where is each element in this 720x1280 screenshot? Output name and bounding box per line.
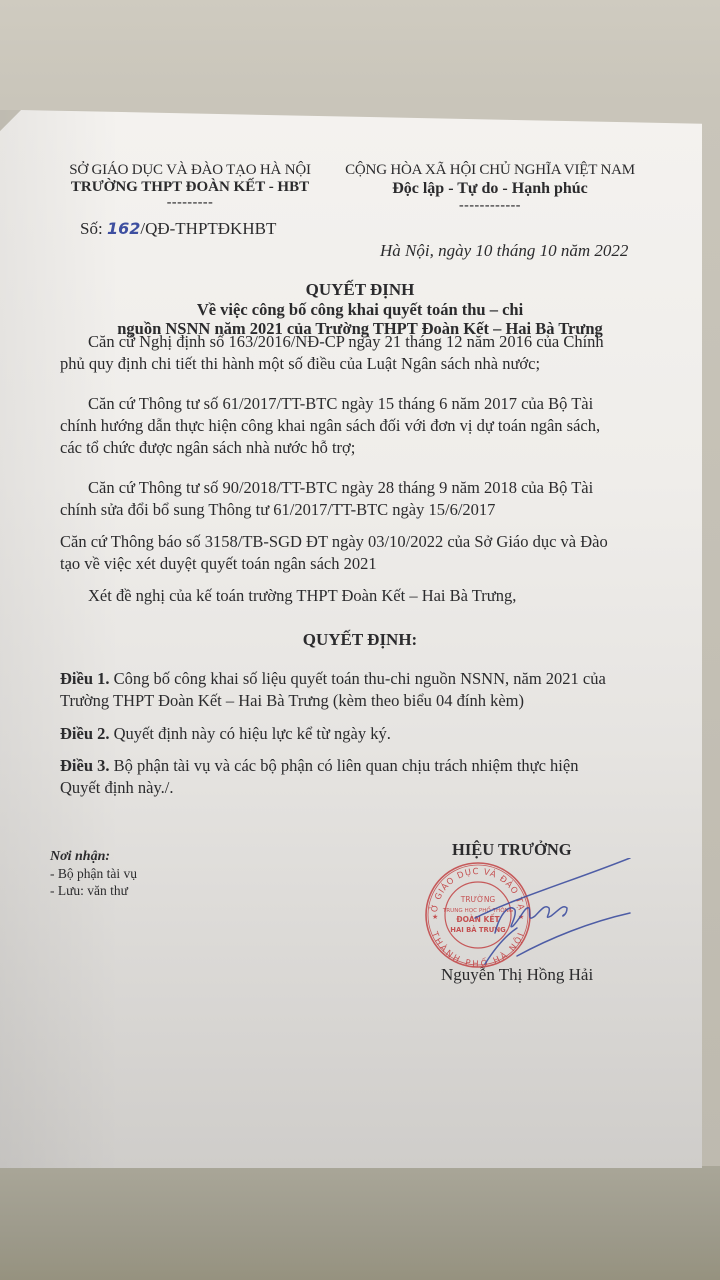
paragraph-line: Căn cứ Thông tư số 61/2017/TT-BTC ngày 1…	[60, 393, 670, 415]
national-motto: Độc lập - Tự do - Hạnh phúc	[330, 179, 650, 199]
article-text: Quyết định này./.	[60, 777, 670, 799]
article-label: Điều 1.	[60, 669, 110, 688]
header-separator: ---------	[40, 196, 340, 210]
place-date: Hà Nội, ngày 10 tháng 10 năm 2022	[380, 241, 628, 261]
paragraph-line: Căn cứ Thông tư số 90/2018/TT-BTC ngày 2…	[60, 477, 670, 499]
article-2: Điều 2. Quyết định này có hiệu lực kể từ…	[60, 723, 670, 745]
document-title: QUYẾT ĐỊNH Về việc công bố công khai quy…	[60, 280, 660, 338]
title-heading: QUYẾT ĐỊNH	[60, 280, 660, 300]
signer-title: HIỆU TRƯỞNG	[452, 840, 572, 860]
header-separator: ------------	[330, 199, 650, 213]
paragraph-line: phủ quy định chi tiết thi hành một số đi…	[60, 353, 670, 375]
handwritten-signature	[455, 858, 635, 968]
recipients-title: Nơi nhận:	[50, 848, 137, 865]
preamble-paragraph: Căn cứ Thông tư số 61/2017/TT-BTC ngày 1…	[60, 393, 670, 459]
paragraph-line: Căn cứ Thông báo số 3158/TB-SGD ĐT ngày …	[60, 531, 670, 553]
school-name: TRƯỜNG THPT ĐOÀN KẾT - HBT	[40, 179, 340, 196]
background-surface	[0, 1166, 720, 1280]
paragraph-line: các tổ chức được ngân sách nhà nước hỗ t…	[60, 437, 670, 459]
header-nation: CỘNG HÒA XÃ HỘI CHỦ NGHĨA VIỆT NAM Độc l…	[330, 162, 650, 213]
svg-text:★: ★	[432, 913, 438, 921]
paragraph-line: chính sửa đổi bổ sung Thông tư 61/2017/T…	[60, 499, 670, 521]
recipients-block: Nơi nhận: - Bộ phận tài vụ - Lưu: văn th…	[50, 848, 137, 899]
document-number: Số: 162/QĐ-THPTĐKHBT	[80, 219, 276, 239]
signer-name: Nguyễn Thị Hồng Hải	[441, 965, 593, 985]
preamble-paragraph: Căn cứ Thông tư số 90/2018/TT-BTC ngày 2…	[60, 477, 670, 521]
paragraph-line: chính hướng dẫn thực hiện công khai ngân…	[60, 415, 670, 437]
document-number-suffix: /QĐ-THPTĐKHBT	[140, 219, 276, 238]
article-label: Điều 2.	[60, 724, 110, 743]
document-number-prefix: Số:	[80, 219, 107, 238]
nation-name: CỘNG HÒA XÃ HỘI CHỦ NGHĨA VIỆT NAM	[330, 162, 650, 179]
title-subject-line: Về việc công bố công khai quyết toán thu…	[60, 300, 660, 319]
article-3: Điều 3. Bộ phận tài vụ và các bộ phận có…	[60, 755, 670, 799]
preamble-paragraph: Căn cứ Thông báo số 3158/TB-SGD ĐT ngày …	[60, 531, 670, 575]
department-name: SỞ GIÁO DỤC VÀ ĐÀO TẠO HÀ NỘI	[40, 162, 340, 179]
paragraph-line: Xét đề nghị của kế toán trường THPT Đoàn…	[60, 585, 670, 607]
article-label: Điều 3.	[60, 756, 110, 775]
header-issuer: SỞ GIÁO DỤC VÀ ĐÀO TẠO HÀ NỘI TRƯỜNG THP…	[40, 162, 340, 210]
preamble-paragraph: Căn cứ Nghị định số 163/2016/NĐ-CP ngày …	[60, 331, 670, 375]
handwritten-number: 162	[107, 219, 140, 238]
preamble-paragraph: Xét đề nghị của kế toán trường THPT Đoàn…	[60, 585, 670, 607]
recipient-item: - Lưu: văn thư	[50, 882, 137, 899]
paragraph-line: tạo về việc xét duyệt quyết toán ngân sá…	[60, 553, 670, 575]
recipient-item: - Bộ phận tài vụ	[50, 865, 137, 882]
decision-heading: QUYẾT ĐỊNH:	[60, 630, 660, 650]
article-text: Trường THPT Đoàn Kết – Hai Bà Trưng (kèm…	[60, 690, 670, 712]
article-text: Quyết định này có hiệu lực kể từ ngày ký…	[110, 724, 391, 743]
article-text: Công bố công khai số liệu quyết toán thu…	[110, 669, 606, 688]
paragraph-line: Căn cứ Nghị định số 163/2016/NĐ-CP ngày …	[60, 331, 670, 353]
article-text: Bộ phận tài vụ và các bộ phận có liên qu…	[110, 756, 579, 775]
article-1: Điều 1. Công bố công khai số liệu quyết …	[60, 668, 670, 712]
